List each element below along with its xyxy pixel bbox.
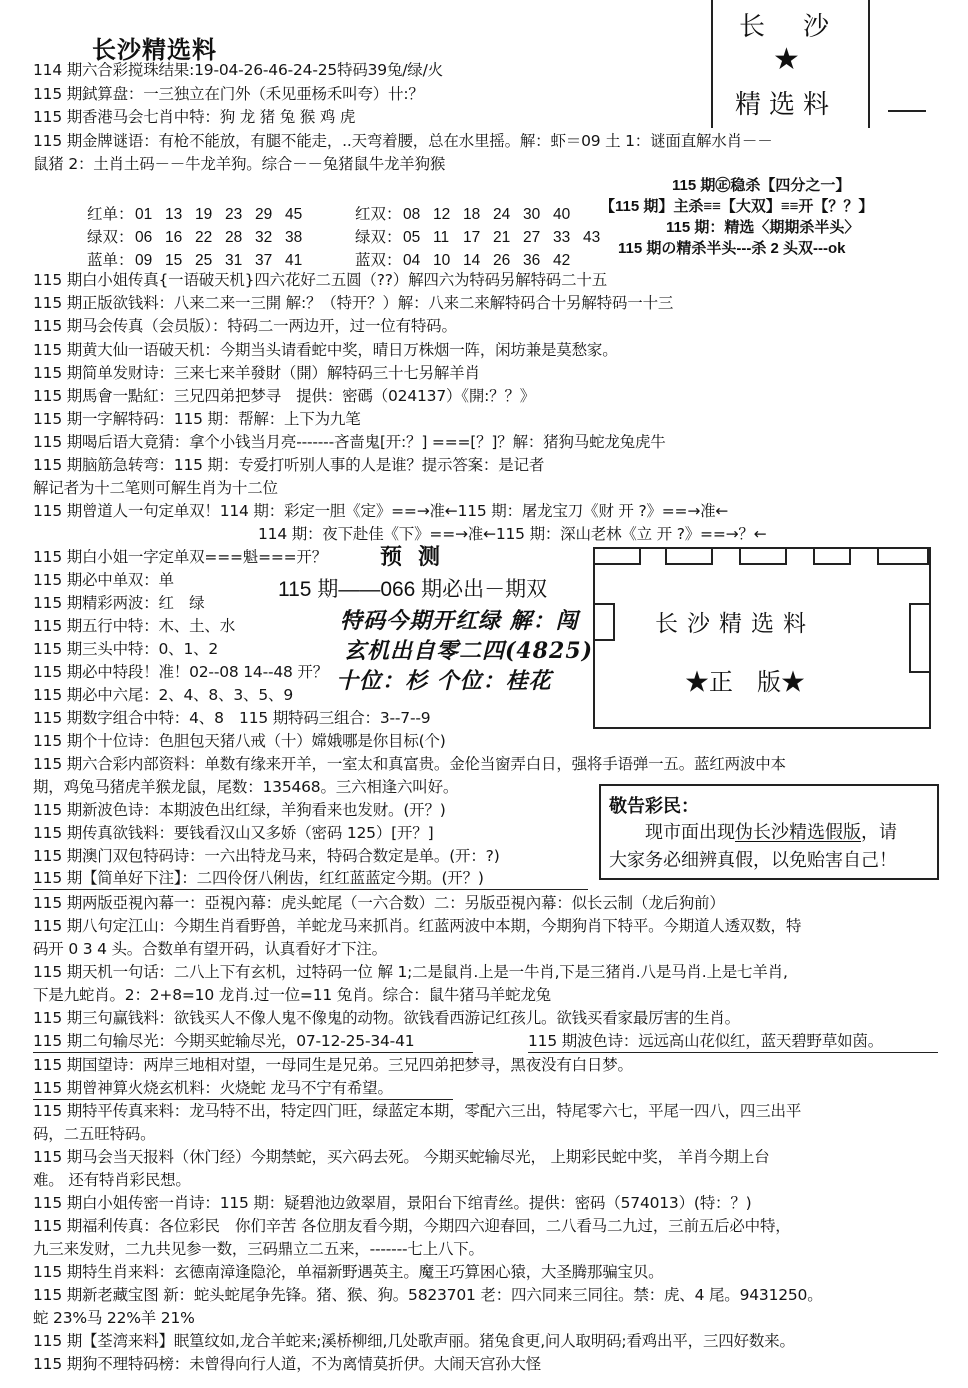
text-line: 115 期狗不理特码榜：未曾得向行人道，不为离情莫折伊。大闹天宫孙大怪 [33,1354,541,1374]
text-line: 115 期【荃湾来料】眠篁纹如,龙合羊蛇来;溪桥柳细,几处歌声丽。猪兔食更,问人… [33,1331,795,1351]
kill-line: 115 期㊣稳杀【四分之一】 [672,174,850,195]
text-line: 115 期金牌谜语：有枪不能放，有腿不能走，..天弯着腰，总在水里摇。解：虾＝0… [33,131,773,151]
text-line: 115 期国望诗：两岸三地相对望，一母同生是兄弟。三兄四弟把梦寻，黑夜没有白日梦… [33,1055,633,1075]
notice-box: 敬告彩民： 现市面出现伪长沙精选假版，请 大家务必细辨真假，以免贻害自己！ [599,784,939,880]
text-line: 115 期馬會一點紅：三兄四弟把梦寻 提供：密碼（024137）《開:？？》 [33,386,535,406]
text-line: 九三来发财，二九共见参一数，三码鼎立二五来，-------七上八下。 [33,1239,484,1259]
text-line-underlined: 115 期二句输尽光：今期买蛇输尽光，07-12-25-34-41 [33,1031,473,1053]
text-line: 115 期必中特段！准！02--08 14--48 开？ [33,662,328,682]
handwritten-line: 特码今期开红绿 解：闯 [340,604,579,635]
text-line: 期，鸡兔马猪虎羊猴龙鼠，尾数：135468。三六相逢六叫好。 [33,777,458,797]
frame-notch [909,603,931,673]
text-line: 115 期八句定江山：今期生肖看野兽，羊蛇龙马来抓肖。红蓝两波中本期，今期狗肖下… [33,916,801,936]
text-line: 鼠猪 2：土肖土码－－牛龙羊狗。综合－－兔猪鼠牛龙羊狗猴 [33,154,445,174]
text-line: 115 期黄大仙一语破天机：今期当头请看蛇中奖，晴日万株烟一阵，闲坊兼是莫愁家。 [33,340,618,360]
text-line: 115 期鉽算盘：一三独立在门外（禾见亜杨禾叫夸）卄:？ [33,84,424,104]
text-line: 115 期新波色诗：本期波色出红绿，羊狗看来也发财。(开？) [33,800,446,820]
text-line: 115 期白小姐一字定单双===魁===开？ [33,547,327,567]
text-line: 115 期个十位诗：色胆包天猪八戒（十）嫦娥哪是你目标(个) [33,731,446,751]
text-line: 下是九蛇肖。2：2+8=10 龙肖.过一位=11 兔肖。综合：鼠牛猪马羊蛇龙兔 [33,985,551,1005]
color-label: 红双： [355,202,403,224]
text-line-underlined: 115 期曾神算火烧玄机料：火烧蛇 龙马不宁有希望。 [33,1078,453,1100]
frame-notch [593,603,615,641]
top-logo-box: 长沙 ★ 精选料 [711,0,870,128]
text-line: 解记者为十二笔则可解生肖为十二位 [33,478,278,498]
text-line: 码开 0 3 4 头。合数单有望开码，认真看好才下注。 [33,939,387,959]
fake-version-warning: 伪长沙精选假版 [735,822,861,843]
kill-line: 115 期：精选〈期期杀半头〉 [666,216,859,237]
text-line: 115 期两版亞視內幕一：亞視內幕：虎头蛇尾（一六合数）二：另版亞視內幕：似长云… [33,893,725,913]
logo-top-text: 长沙 [739,6,867,43]
text-line: 115 期特生肖来料：玄德南漳逢隐沦，单福新野遇英主。魔王巧算困心猿，大圣腾那骗… [33,1262,663,1282]
text-line: 蛇 23%马 22%羊 21% [33,1308,195,1328]
text-line: 115 期正版欲钱料：八来二来一三開 解:？（特开？）解：八来二来解特码合十另解… [33,293,673,313]
text-line: 115 期福利传真：各位彩民 你们辛苦 各位朋友看今期，今期四六迎春回，二八看马… [33,1216,791,1236]
text-line: 115 期三句赢钱料：欲钱买人不像人鬼不像鬼的动物。欲钱看西游记红孩儿。欲钱买看… [33,1008,740,1028]
text-line: 114 期六合彩搅珠结果:19-04-26-46-24-25特码39兔/绿/火 [33,60,443,80]
text-line-underlined: 115 期波色诗：远远高山花似红，蓝天碧野草如茵。 [528,1031,938,1053]
text-line: 115 期简单发财诗：三来七来羊發財（開）解特码三十七另解羊肖 [33,363,480,383]
text-line: 115 期喝后语大竟猜：拿个小钱当月亮-------吝啬鬼[开:？] ===[？… [33,432,666,452]
color-row: 绿双：05111721273343 [355,225,613,247]
notice-body: 现市面出现伪长沙精选假版，请 [645,818,897,844]
frame-notch [665,547,713,565]
color-label: 蓝单： [87,248,135,270]
text-line: 难。 还有特肖彩民想。 [33,1170,191,1190]
frame-notch [877,547,929,565]
kill-line: 【115 期】主杀≡≡【大双】≡≡开【？？】 [600,195,873,216]
text-line: 115 期白小姐传密一肖诗：115 期：疑碧池边敛翠眉，景阳台下绾青丝。提供：密… [33,1193,752,1213]
color-label: 红单： [87,202,135,224]
text-line: 115 期马会传真（会员版）：特码二一两边开，过一位有特码。 [33,316,457,336]
color-row: 红双：081218243040 [355,202,583,224]
text-line: 115 期五行中特：木、土、水 [33,616,235,636]
text-line: 115 期必中六尾：2、4、8、3、5、9 [33,685,293,705]
text-line: 114 期：夜下赴佳《下》==→准←115 期：深山老林《立 开 ?》==→？← [258,524,767,544]
color-row: 绿双：061622283238 [87,225,315,247]
text-line: 115 期白小姐传真{一语破天机}四六花好二五圆（??）解四六为特码另解特码二十… [33,270,607,290]
handwritten-line: 十位：杉 个位：桂花 [336,664,552,695]
text-line: 码，二五旺特码。 [33,1124,155,1144]
text-line: 115 期六合彩内部资料：单数有缘来开羊，一室太和真富贵。金伦当窗弄白日，强将手… [33,754,786,774]
text-line: 115 期三头中特：0、1、2 [33,639,218,659]
text-line: 115 期澳门双包特码诗：一六出特龙马来，特码合数定是单。(开：?) [33,846,500,866]
notice-heading: 敬告彩民： [609,792,699,818]
star-icon: ★ [773,42,800,77]
text-line: 115 期必中单双：单 [33,570,174,590]
badge-subtitle: ★正 版★ [685,662,805,697]
decorative-rule [888,110,926,112]
logo-bottom-text: 精选料 [735,84,837,121]
color-label: 绿双： [355,225,403,247]
text-line: 115 期脑筋急转弯：115 期：专爱打听别人事的人是谁？提示答案：是记者 [33,455,544,475]
text-line: 115 期精彩两波：红 绿 [33,593,204,613]
authentic-badge: 长沙精选料 ★正 版★ [593,547,931,729]
text-line: 115 期香港马会七肖中特：狗 龙 猪 兔 猴 鸡 虎 [33,107,355,127]
text-line: 115 期一字解特码：115 期：帮解：上下为九笔 [33,409,361,429]
text-line: 115 期天机一句话：二八上下有玄机，过特码一位 解 1;二是鼠肖.上是一牛肖,… [33,962,788,982]
color-row: 蓝双：041014263642 [355,248,583,270]
color-row: 红单：011319232945 [87,202,315,224]
frame-notch [593,547,641,565]
badge-title: 长沙精选料 [655,605,815,638]
text-line: 115 期马会当天报料（休门经）今期禁蛇，买六码去死。 今期买蛇输尽光， 上期彩… [33,1147,769,1167]
kill-line: 115 期の精杀半头---杀 2 头双---ok [618,237,846,258]
text-line-underlined: 115 期【简单好下注】：二四伶伢八俐齿，红红蓝蓝定今期。(开？) [33,868,588,890]
color-label: 蓝双： [355,248,403,270]
color-label: 绿双： [87,225,135,247]
prediction-line: 115 期——066 期必出－期双 [278,573,547,603]
text-line: 115 期数字组合中特：4、8 115 期特码三组合：3--7--9 [33,708,430,728]
frame-notch [739,547,787,565]
text-line: 115 期新老藏宝图 新：蛇头蛇尾争先锋。猪、猴、狗。5823701 老：四六同… [33,1285,823,1305]
color-row: 蓝单：091525313741 [87,248,315,270]
frame-notch [813,547,851,565]
text-line: 115 期曾道人一句定单双！114 期：彩定一胆《定》==→准←115 期：屠龙… [33,501,728,521]
text-line: 115 期传真欲钱料：要钱看汉山又多娇（密码 125）[开？] [33,823,433,843]
notice-body: 大家务必细辨真假，以免贻害自己！ [609,846,897,872]
handwritten-line: 玄机出自零二四(4825) [344,634,593,665]
text-line: 115 期特平传真来料：龙马特不出，特定四门旺，绿蓝定本期，零配六三出，特尾零六… [33,1101,801,1121]
prediction-title: 预测 [380,540,456,571]
